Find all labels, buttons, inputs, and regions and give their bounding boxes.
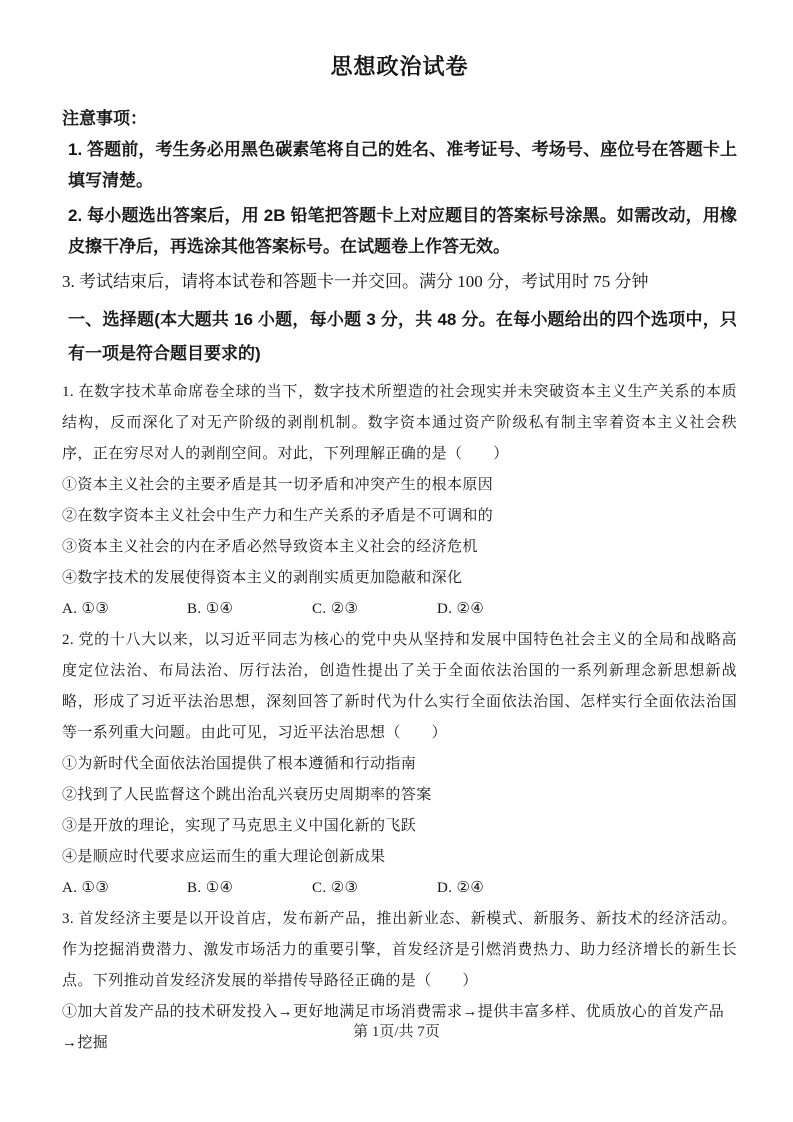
question-2-stem: 2. 党的十八大以来，以习近平同志为核心的党中央从坚持和发展中国特色社会主义的全… — [62, 625, 737, 749]
question-1-statement-3: ③资本主义社会的内在矛盾必然导致资本主义社会的经济危机 — [62, 532, 737, 563]
question-1: 1. 在数字技术革命席卷全球的当下，数字技术所塑造的社会现实并未突破资本主义生产… — [62, 377, 737, 625]
question-2-option-b: B. ①④ — [187, 873, 312, 904]
question-1-statement-4: ④数字技术的发展使得资本主义的剥削实质更加隐蔽和深化 — [62, 563, 737, 594]
question-2-statement-3: ③是开放的理论，实现了马克思主义中国化新的飞跃 — [62, 811, 737, 842]
question-1-option-b: B. ①④ — [187, 594, 312, 625]
question-2-statement-4: ④是顺应时代要求应运而生的重大理论创新成果 — [62, 842, 737, 873]
question-2-option-c: C. ②③ — [312, 873, 437, 904]
notice-item-3: 3. 考试结束后，请将本试卷和答题卡一并交回。满分 100 分，考试用时 75 … — [62, 266, 737, 297]
question-3-stem: 3. 首发经济主要是以开设首店，发布新产品，推出新业态、新模式、新服务、新技术的… — [62, 904, 737, 997]
question-1-option-c: C. ②③ — [312, 594, 437, 625]
notice-heading: 注意事项： — [62, 103, 737, 134]
notice-section: 注意事项： 1. 答题前，考生务必用黑色碳素笔将自己的姓名、准考证号、考场号、座… — [62, 103, 737, 297]
section-heading: 一、选择题(本大题共 16 小题，每小题 3 分，共 48 分。在每小题给出的四… — [62, 303, 737, 371]
question-1-statement-1: ①资本主义社会的主要矛盾是其一切矛盾和冲突产生的根本原因 — [62, 470, 737, 501]
question-1-options-row: A. ①③ B. ①④ C. ②③ D. ②④ — [62, 594, 737, 625]
question-2-option-d: D. ②④ — [437, 873, 484, 904]
question-1-stem: 1. 在数字技术革命席卷全球的当下，数字技术所塑造的社会现实并未突破资本主义生产… — [62, 377, 737, 470]
question-2-statement-1: ①为新时代全面依法治国提供了根本遵循和行动指南 — [62, 749, 737, 780]
notice-item-1: 1. 答题前，考生务必用黑色碳素笔将自己的姓名、准考证号、考场号、座位号在答题卡… — [62, 134, 737, 196]
page-title: 思想政治试卷 — [62, 50, 737, 81]
question-1-option-d: D. ②④ — [437, 594, 484, 625]
question-2-options-row: A. ①③ B. ①④ C. ②③ D. ②④ — [62, 873, 737, 904]
question-2-statement-2: ②找到了人民监督这个跳出治乱兴衰历史周期率的答案 — [62, 780, 737, 811]
question-1-statement-2: ②在数字资本主义社会中生产力和生产关系的矛盾是不可调和的 — [62, 501, 737, 532]
question-2: 2. 党的十八大以来，以习近平同志为核心的党中央从坚持和发展中国特色社会主义的全… — [62, 625, 737, 904]
notice-item-2: 2. 每小题选出答案后，用 2B 铅笔把答题卡上对应题目的答案标号涂黑。如需改动… — [62, 200, 737, 262]
question-2-option-a: A. ①③ — [62, 873, 187, 904]
exam-paper-page: 思想政治试卷 注意事项： 1. 答题前，考生务必用黑色碳素笔将自己的姓名、准考证… — [0, 0, 793, 1122]
page-number: 第 1页/共 7页 — [0, 1022, 793, 1042]
question-1-option-a: A. ①③ — [62, 594, 187, 625]
